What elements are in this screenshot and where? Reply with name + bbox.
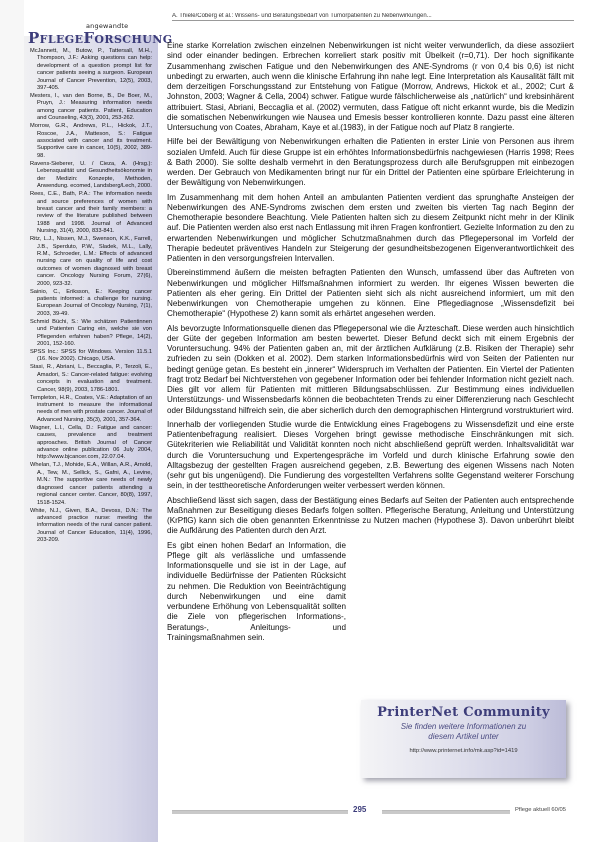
body-paragraph: Eine starke Korrelation zwischen einzeln… bbox=[167, 41, 574, 133]
closing-paragraph-wrap: Es gibt einen hohen Bedarf an Informatio… bbox=[167, 541, 574, 644]
community-subtitle-line: Sie finden weitere Informationen zu bbox=[361, 722, 566, 732]
reference-item: Whelan, T.J., Mohide, E.A., Willan, A.R.… bbox=[30, 462, 152, 506]
body-paragraph: Es gibt einen hohen Bedarf an Informatio… bbox=[167, 541, 574, 644]
reference-item: Sainio, C., Eriksson, E.: Keeping cancer… bbox=[30, 289, 152, 319]
reference-item: Rees, C.E., Bath, P.A.: The information … bbox=[30, 191, 152, 235]
journal-issue: Pflege aktuell 60/05 bbox=[515, 807, 566, 813]
page-margin bbox=[0, 0, 24, 842]
reference-item: Stasi, R., Abriani, L., Beccaglia, P., T… bbox=[30, 364, 152, 394]
printernet-community-box[interactable]: PrinterNet Community Sie finden weitere … bbox=[361, 700, 566, 778]
footer-divider-right bbox=[382, 810, 510, 814]
box-spacer bbox=[354, 543, 574, 661]
reference-item: McJannett, M., Butow, P., Tattersall, M.… bbox=[30, 48, 152, 92]
reference-item: Schmid Büchi, S.: Wie schätzen Patientin… bbox=[30, 319, 152, 349]
reference-item: Morrow, G.R., Andrews, P.L., Hickok, J.T… bbox=[30, 123, 152, 160]
reference-list: McJannett, M., Butow, P., Tattersall, M.… bbox=[30, 48, 152, 545]
reference-item: Templeton, H.R., Coates, V.E.: Adaptatio… bbox=[30, 395, 152, 425]
reference-item: Mesters, I., van den Borne, B., De Boer,… bbox=[30, 93, 152, 123]
reference-item: Ravens-Sieberer, U. / Cieza, A. (Hrsg.):… bbox=[30, 161, 152, 191]
body-paragraph: Hilfe bei der Bewältigung von Nebenwirku… bbox=[167, 137, 574, 188]
reference-item: White, N.J., Given, B.A., Devoss, D.N.: … bbox=[30, 508, 152, 545]
reference-item: Ritz, L.J., Nissen, M.J., Swenson, K.K.,… bbox=[30, 236, 152, 288]
reference-item: SPSS Inc.: SPSS for Windows. Version 11.… bbox=[30, 349, 152, 364]
section-logo: angewandte PflegeForschung bbox=[28, 22, 158, 46]
footer-divider-left bbox=[172, 810, 348, 814]
body-paragraph: Im Zusammenhang mit dem hohen Anteil an … bbox=[167, 193, 574, 265]
body-paragraph: Innerhalb der vorliegenden Studie wurde … bbox=[167, 420, 574, 492]
body-paragraph: Übereinstimmend äußern die meisten befra… bbox=[167, 268, 574, 319]
body-paragraph: Als bevorzugte Informationsquelle dienen… bbox=[167, 324, 574, 416]
reference-item: Wagner, L.I., Cella, D.: Fatigue and can… bbox=[30, 425, 152, 462]
running-header: A. Thiele/Coberg et al.: Wissens- und Be… bbox=[172, 13, 574, 21]
article-body: Eine starke Korrelation zwischen einzeln… bbox=[167, 41, 574, 661]
community-title: PrinterNet Community bbox=[361, 705, 566, 720]
closing-paragraph-text: Es gibt einen hohen Bedarf an Informatio… bbox=[167, 541, 346, 642]
page-number: 295 bbox=[353, 805, 366, 814]
community-link[interactable]: http://www.printernet.info/mk.asp?id=141… bbox=[361, 748, 566, 754]
logo-title: PflegeForschung bbox=[28, 29, 173, 47]
community-subtitle: Sie finden weitere Informationen zu dies… bbox=[361, 722, 566, 742]
community-subtitle-line: diesem Artikel unter bbox=[361, 732, 566, 742]
body-paragraph: Abschließend lässt sich sagen, dass der … bbox=[167, 496, 574, 537]
